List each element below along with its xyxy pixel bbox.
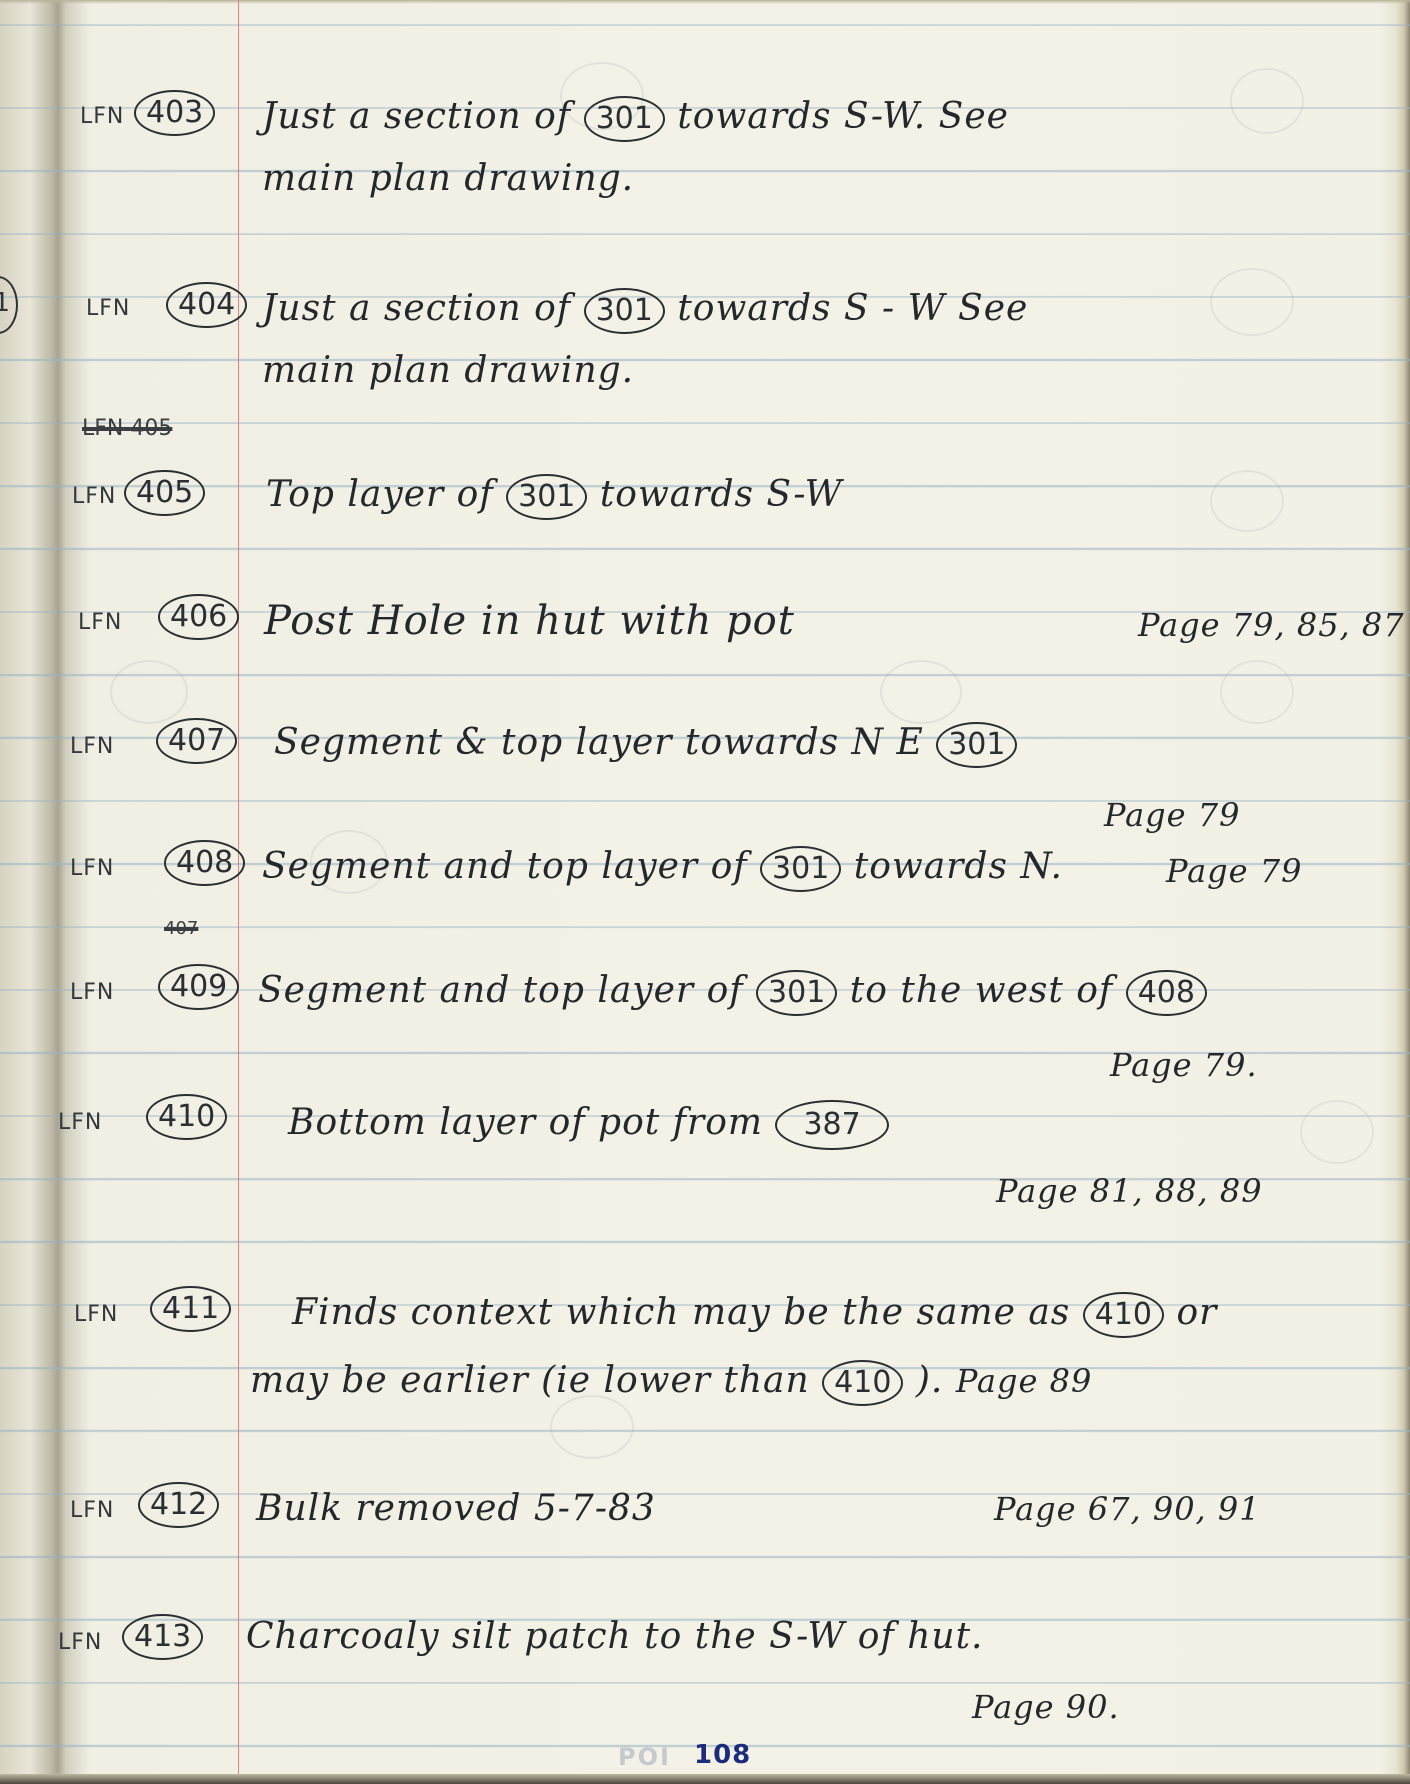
entry-number-circled: 406 <box>158 594 239 640</box>
showthrough-mark <box>110 660 188 724</box>
entry-number-circled: 408 <box>164 840 245 886</box>
circled-reference: 301 <box>584 96 665 142</box>
entry-number-circled: 413 <box>122 1614 203 1660</box>
page-reference: Page 67, 90, 91 <box>994 1490 1261 1528</box>
entry-text: Segment and top layer of <box>258 970 744 1011</box>
entry-text: ). <box>916 1360 944 1401</box>
page-reference: Page 81, 88, 89 <box>996 1172 1263 1210</box>
entry-text: towards N. <box>854 846 1063 887</box>
entry-text-line: Segment & top layer towards N E 301 <box>274 722 1017 768</box>
entry-text-line: Top layer of 301 towards S-W <box>266 474 843 520</box>
entry-text: to the west of <box>850 970 1114 1011</box>
showthrough-mark <box>1220 660 1294 724</box>
entry-label: LFN <box>70 856 114 881</box>
circled-reference: 301 <box>584 288 665 334</box>
facing-page-circled-number: 1 <box>0 276 18 334</box>
entry-text: Just a section of <box>262 96 571 137</box>
entry-text: towards S-W <box>600 474 843 515</box>
entry-text-line: may be earlier (ie lower than 410 ). Pag… <box>250 1360 1092 1406</box>
entry-text: Top layer of <box>266 474 494 515</box>
struck-entry: LFN 405 <box>82 416 172 441</box>
circled-reference: 301 <box>506 474 587 520</box>
entry-number-circled: 403 <box>134 90 215 136</box>
entry-text-line: Just a section of 301 towards S - W See <box>262 288 1028 334</box>
entry-text: towards S-W. See <box>677 96 1009 137</box>
showthrough-mark <box>1300 1100 1374 1164</box>
entry-label: LFN <box>58 1110 102 1135</box>
entry-text: or <box>1176 1292 1217 1333</box>
entry-label: LFN <box>72 484 116 509</box>
entry-number-circled: 405 <box>124 470 205 516</box>
entry-text-line: Bottom layer of pot from 387 <box>288 1100 889 1150</box>
entry-label: LFN <box>86 296 130 321</box>
circled-number: 406 <box>158 594 239 640</box>
showthrough-mark <box>880 660 962 724</box>
circled-number: 408 <box>164 840 245 886</box>
circled-number: 410 <box>146 1094 227 1140</box>
entry-label: LFN <box>70 1498 114 1523</box>
circled-reference: 301 <box>756 970 837 1016</box>
page-number-stamp: 108 <box>694 1740 751 1770</box>
entry-text: Bottom layer of pot from <box>288 1102 763 1143</box>
entry-number-circled: 407 <box>156 718 237 764</box>
entry-text-line: Just a section of 301 towards S-W. See <box>262 96 1009 142</box>
entry-text: Segment & top layer towards N E <box>274 722 924 763</box>
circled-number: 413 <box>122 1614 203 1660</box>
entry-text-line: Charcoaly silt patch to the S-W of hut. <box>246 1616 984 1657</box>
margin-line <box>238 0 239 1784</box>
struck-label: LFN <box>82 416 123 441</box>
entry-text-line: Post Hole in hut with pot <box>264 598 795 644</box>
struck-number: 405 <box>130 416 172 441</box>
entry-text-line: Segment and top layer of 301 towards N. <box>262 846 1063 892</box>
circled-reference: 301 <box>936 722 1017 768</box>
circled-number: 404 <box>166 282 247 328</box>
entry-label: LFN <box>78 610 122 635</box>
page-reference: Page 90. <box>972 1688 1120 1726</box>
entry-label: LFN <box>80 104 124 129</box>
circled-number: 412 <box>138 1482 219 1528</box>
entry-number-circled: 412 <box>138 1482 219 1528</box>
showthrough-page-stamp: POI <box>618 1743 671 1771</box>
page-reference: Page 79 <box>1104 796 1240 834</box>
entry-text-line: main plan drawing. <box>262 350 634 391</box>
page-reference: Page 89 <box>956 1362 1092 1400</box>
entry-text: towards S - W See <box>677 288 1028 329</box>
entry-label: LFN <box>70 734 114 759</box>
showthrough-mark <box>1210 470 1284 532</box>
entry-text: Segment and top layer of <box>262 846 748 887</box>
page-reference: Page 79, 85, 87 <box>1138 606 1405 644</box>
circled-number: 403 <box>134 90 215 136</box>
notebook-page: 1 LFN 403 Just a section of 301 towards … <box>0 0 1410 1784</box>
entry-text-line: Finds context which may be the same as 4… <box>292 1292 1217 1338</box>
entry-number-circled: 404 <box>166 282 247 328</box>
circled-reference: 387 <box>775 1100 888 1150</box>
circled-reference: 410 <box>1083 1292 1164 1338</box>
page-reference: Page 79. <box>1110 1046 1258 1084</box>
entry-label: LFN <box>70 980 114 1005</box>
entry-number-circled: 409 <box>158 964 239 1010</box>
page-reference: Page 79 <box>1166 852 1302 890</box>
entry-text-line: main plan drawing. <box>262 158 634 199</box>
showthrough-mark <box>1210 268 1294 336</box>
entry-text-line: Bulk removed 5-7-83 <box>256 1488 656 1529</box>
entry-number-circled: 410 <box>146 1094 227 1140</box>
page-bottom-edge <box>0 1774 1410 1784</box>
circled-reference: 408 <box>1126 970 1207 1016</box>
entry-label: LFN <box>58 1630 102 1655</box>
entry-text: may be earlier (ie lower than <box>250 1360 810 1401</box>
circled-number: 405 <box>124 470 205 516</box>
entry-number-circled: 411 <box>150 1286 231 1332</box>
circled-number: 411 <box>150 1286 231 1332</box>
struck-entry: 407 <box>164 918 198 939</box>
circled-number: 407 <box>156 718 237 764</box>
entry-label: LFN <box>74 1302 118 1327</box>
struck-number: 407 <box>164 918 198 939</box>
showthrough-mark <box>1230 68 1304 134</box>
entry-text: Finds context which may be the same as <box>292 1292 1070 1333</box>
circled-number: 409 <box>158 964 239 1010</box>
circled-reference: 301 <box>760 846 841 892</box>
circled-reference: 410 <box>822 1360 903 1406</box>
page-top-edge <box>0 0 1410 4</box>
entry-text: Just a section of <box>262 288 571 329</box>
entry-text-line: Segment and top layer of 301 to the west… <box>258 970 1207 1016</box>
